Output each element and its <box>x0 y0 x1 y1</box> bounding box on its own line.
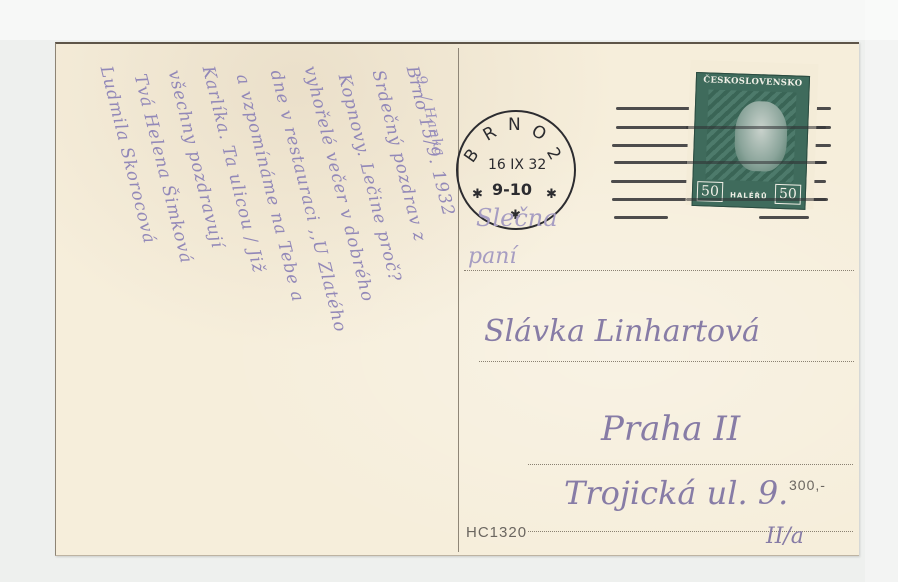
cancel-bar-over-stamp <box>686 198 826 201</box>
cancel-bar-over-stamp <box>686 126 826 129</box>
price-note: 300,- <box>789 477 826 493</box>
address-line-3 <box>528 464 853 465</box>
postmark-time: 9-10 <box>492 180 532 199</box>
postcard-back: Brno 15/9. 1932Srdečný pozdrav zKopnovy.… <box>55 42 859 556</box>
address-name: Slávka Linhartová <box>484 314 760 349</box>
address-city: Praha II <box>601 409 740 449</box>
handwritten-message: Brno 15/9. 1932Srdečný pozdrav zKopnovy.… <box>66 54 456 554</box>
address-line-2 <box>479 361 854 362</box>
catalog-code: HC1320 <box>466 524 527 541</box>
postmark-star: ✱ <box>472 187 483 202</box>
postage-stamp: ČESKOSLOVENSKO 50 HALÉŘŮ 50 <box>686 60 819 209</box>
postmark-star: ✱ <box>546 187 557 202</box>
background-streak <box>0 0 898 40</box>
stamp-portrait <box>705 89 796 182</box>
address-street: Trojická ul. 9. <box>564 474 788 512</box>
stamp-design: ČESKOSLOVENSKO 50 HALÉŘŮ 50 <box>691 72 810 210</box>
cancel-bar-over-stamp <box>686 161 826 164</box>
postmark-letter: N <box>508 115 521 135</box>
address-suffix: II/a <box>766 524 804 549</box>
postmark-letter: B <box>460 145 483 166</box>
address-line-4 <box>528 531 853 532</box>
postmark-letter: O <box>528 121 550 145</box>
postmark-date: 16 IX 32 <box>488 157 546 173</box>
cancel-bar <box>759 216 809 219</box>
address-line-1 <box>464 270 854 271</box>
background-streak <box>865 0 898 582</box>
address-title: paní <box>468 244 516 269</box>
stamp-value-right: 50 <box>775 184 802 205</box>
stamp-country: ČESKOSLOVENSKO <box>697 75 809 89</box>
address-salutation: Slečna <box>476 204 558 232</box>
divider-line <box>458 48 459 552</box>
cancel-bar <box>614 216 668 219</box>
postmark-letter: R <box>480 122 500 145</box>
